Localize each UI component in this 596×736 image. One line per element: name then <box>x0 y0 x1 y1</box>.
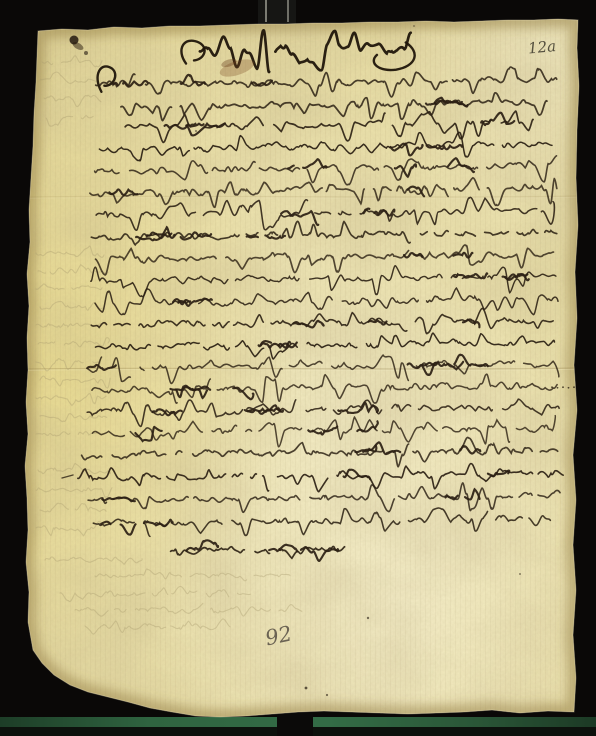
cradle-gap-post <box>277 713 313 736</box>
manuscript-photo-stage: 12a 92 <box>0 0 596 736</box>
camera-post <box>258 0 296 24</box>
folio-number: 12a <box>527 37 556 57</box>
manuscript-scene: 12a 92 <box>0 0 596 736</box>
paper-surface: 12a 92 <box>20 12 586 724</box>
